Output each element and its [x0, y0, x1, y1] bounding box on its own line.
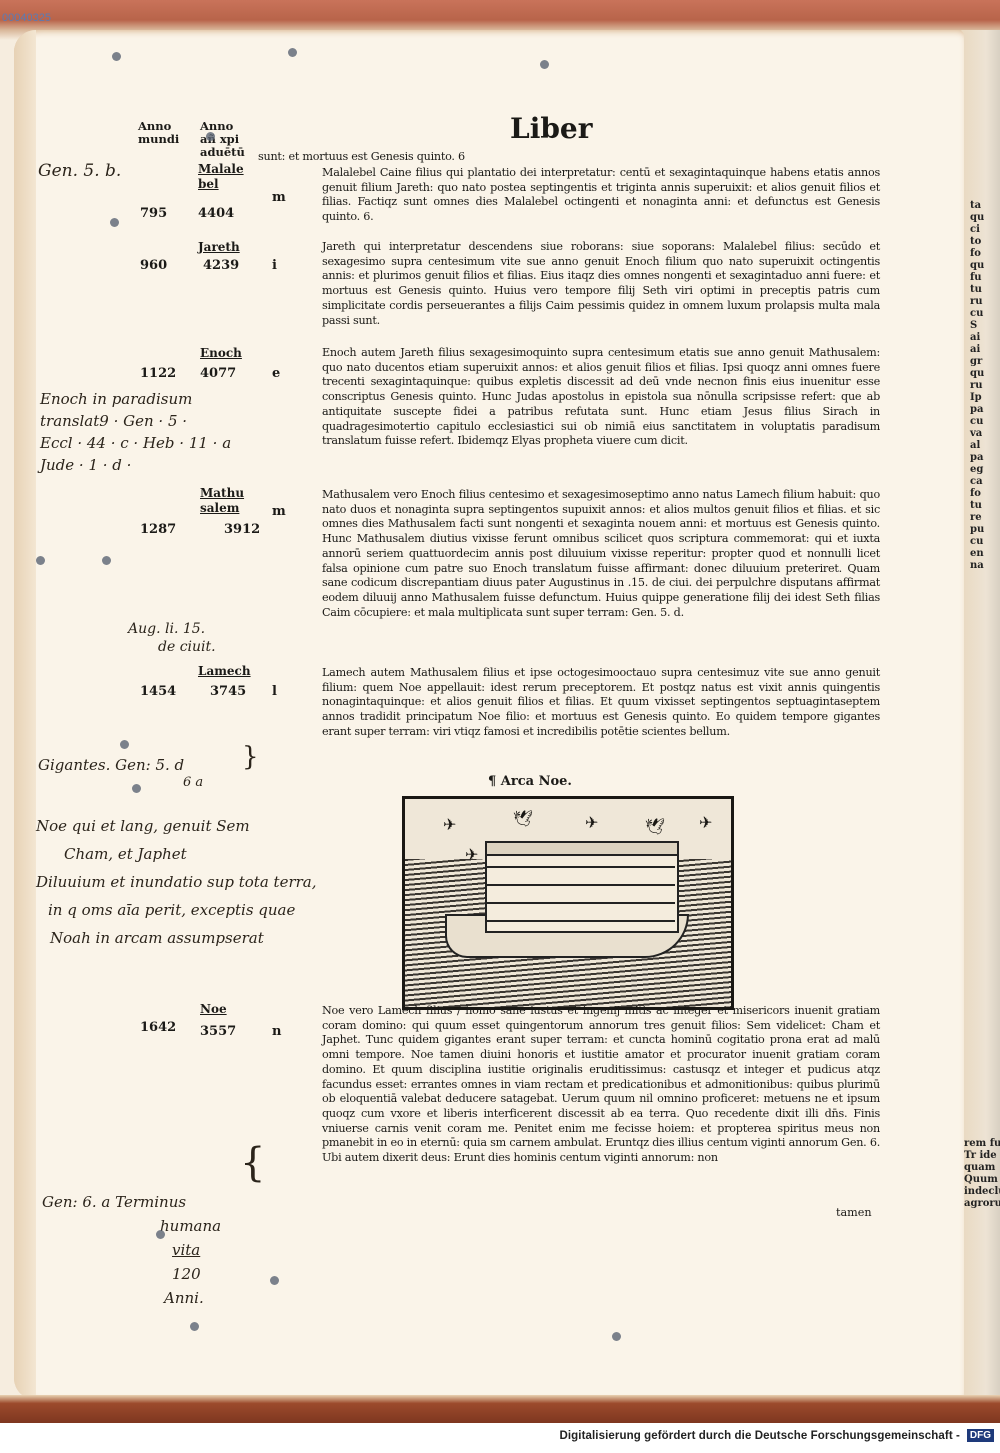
generation-name: Malale	[198, 162, 244, 176]
note-line: Gigantes. Gen: 5. d	[38, 754, 203, 776]
marginal-note-augustine: Aug. li. 15. de ciuit.	[128, 620, 216, 656]
ink-spot	[132, 784, 141, 793]
fragment-line: pa	[970, 452, 984, 464]
fragment-line: ca	[970, 476, 984, 488]
fragment-line: indeclu	[964, 1186, 1000, 1198]
note-line: in q oms aīa perit, exceptis quae	[36, 896, 317, 924]
generation-name: bel	[198, 177, 219, 191]
ink-spot	[270, 1276, 279, 1285]
fragment-line: na	[970, 560, 984, 572]
fragment-line: qu	[970, 260, 984, 272]
marginal-note-terminus: Gen: 6. a Terminus humana vita 120 Anni.	[42, 1190, 221, 1310]
fragment-line: pu	[970, 524, 984, 536]
bird-icon: ✈	[443, 815, 456, 834]
fragment-line: cu	[970, 416, 984, 428]
dfg-logo: DFG	[967, 1429, 994, 1442]
note-line: 6 a	[38, 776, 203, 790]
fragment-line: fo	[970, 488, 984, 500]
ink-spot	[36, 556, 45, 565]
generation-name: Mathu	[200, 486, 244, 500]
fragment-line: ta	[970, 200, 984, 212]
anno-christi-value: 3557	[200, 1024, 236, 1039]
generation-letter: m	[272, 504, 286, 519]
anno-mundi-value: 1122	[140, 366, 176, 381]
fragment-line: tu	[970, 284, 984, 296]
fragment-line: Tr ide	[964, 1150, 1000, 1162]
fragment-line: eg	[970, 464, 984, 476]
fragment-line: pa	[970, 404, 984, 416]
ink-spot	[190, 1322, 199, 1331]
text-mathusalem: Mathusalem vero Enoch filius centesimo e…	[322, 488, 880, 620]
text-lamech: Lamech autem Mathusalem filius et ipse o…	[322, 666, 880, 740]
generation-name: Lamech	[198, 664, 251, 678]
marginal-note-gigantes: Gigantes. Gen: 5. d 6 a	[38, 754, 203, 790]
bird-icon: ✈	[465, 845, 478, 864]
ink-spot	[540, 60, 549, 69]
text-enoch: Enoch autem Jareth filius sexagesimoquin…	[322, 346, 880, 449]
note-line: Jude · 1 · d ·	[40, 454, 231, 476]
right-page-fragment-upper: taqucitofoqufuturucuSaiaigrquruIppacuvaa…	[970, 200, 984, 572]
bird-icon: ✈	[699, 813, 712, 832]
note-line: Diluuium et inundatio sup tota terra,	[36, 868, 317, 896]
fragment-line: agroru	[964, 1198, 1000, 1210]
fragment-line: quam	[964, 1162, 1000, 1174]
column-header-anno-mundi: Anno mundi	[138, 120, 188, 146]
ink-spot	[288, 48, 297, 57]
note-line: Enoch in paradisum	[40, 388, 231, 410]
generation-letter: e	[272, 366, 280, 381]
leaf-edge	[14, 30, 36, 1400]
catchword: tamen	[836, 1206, 872, 1219]
note-line: 120	[42, 1262, 221, 1286]
note-line: Eccl · 44 · c · Heb · 11 · a	[40, 432, 231, 454]
fragment-line: fu	[970, 272, 984, 284]
right-page-fragment-lower: rem fuTr idequamQuumindecluagroru	[964, 1138, 1000, 1210]
anno-christi-value: 3912	[224, 522, 260, 537]
anno-mundi-value: 960	[140, 258, 167, 273]
note-line: Gen: 6. a Terminus	[42, 1190, 221, 1214]
ink-spot	[206, 132, 215, 141]
fragment-line: ru	[970, 296, 984, 308]
anno-christi-value: 4404	[198, 206, 234, 221]
fragment-line: re	[970, 512, 984, 524]
generation-name: Enoch	[200, 346, 242, 360]
text-malalebel: Malalebel Caine filius qui plantatio dei…	[322, 166, 880, 225]
bird-icon: 🕊	[645, 817, 665, 836]
fragment-line: va	[970, 428, 984, 440]
ink-spot	[612, 1332, 621, 1341]
anno-christi-value: 4077	[200, 366, 236, 381]
anno-mundi-value: 1454	[140, 684, 176, 699]
fragment-line: qu	[970, 212, 984, 224]
ink-spot	[156, 1230, 165, 1239]
woodcut-caption: ¶ Arca Noe.	[488, 774, 572, 789]
note-line: Aug. li. 15.	[128, 620, 216, 638]
bird-icon: 🕊	[513, 809, 533, 828]
brace-mark: {	[240, 1140, 265, 1186]
fragment-line: cu	[970, 536, 984, 548]
footer-credit: Digitalisierung gefördert durch die Deut…	[559, 1430, 960, 1442]
running-head: Liber	[510, 112, 592, 145]
anno-christi-value: 3745	[210, 684, 246, 699]
fragment-line: S	[970, 320, 984, 332]
fragment-line: rem fu	[964, 1138, 1000, 1150]
fragment-line: Ip	[970, 392, 984, 404]
note-line: Noah in arcam assumpserat	[36, 924, 317, 952]
ink-spot	[110, 218, 119, 227]
generation-letter: i	[272, 258, 277, 273]
bird-icon: ✈	[585, 813, 598, 832]
fragment-line: fo	[970, 248, 984, 260]
fragment-line: cu	[970, 308, 984, 320]
marginal-note-gen-5b: Gen. 5. b.	[38, 160, 121, 182]
ink-spot	[102, 556, 111, 565]
generation-name: Jareth	[198, 240, 240, 254]
note-line: Anni.	[42, 1286, 221, 1310]
note-line: vita	[42, 1238, 221, 1262]
brace-mark: }	[242, 742, 259, 772]
note-line: Cham, et Japhet	[36, 840, 317, 868]
anno-mundi-value: 795	[140, 206, 167, 221]
text-intro: sunt: et mortuus est Genesis quinto. 6	[258, 150, 816, 165]
ark-house	[485, 854, 679, 933]
fragment-line: en	[970, 548, 984, 560]
note-line: de ciuit.	[128, 638, 216, 656]
note-line: humana	[42, 1214, 221, 1238]
fragment-line: qu	[970, 368, 984, 380]
generation-letter: n	[272, 1024, 281, 1039]
fragment-line: al	[970, 440, 984, 452]
ink-spot	[120, 740, 129, 749]
scan-id-tag: 00040325	[2, 12, 51, 24]
fragment-line: Quum	[964, 1174, 1000, 1186]
woodcut-noahs-ark: ✈ 🕊 ✈ 🕊 ✈ ✈	[402, 796, 734, 1010]
fragment-line: gr	[970, 356, 984, 368]
anno-mundi-value: 1642	[140, 1020, 176, 1035]
note-line: Noe qui et lang, genuit Sem	[36, 812, 317, 840]
page-bottom-edge	[0, 1395, 1000, 1423]
marginal-note-noe: Noe qui et lang, genuit Sem Cham, et Jap…	[36, 812, 317, 952]
generation-name: salem	[200, 501, 239, 515]
fragment-line: ci	[970, 224, 984, 236]
anno-christi-value: 4239	[203, 258, 239, 273]
fragment-line: ai	[970, 344, 984, 356]
footer-bar: Digitalisierung gefördert durch die Deut…	[0, 1423, 1000, 1453]
note-line: translat9 · Gen · 5 ·	[40, 410, 231, 432]
fragment-line: tu	[970, 500, 984, 512]
generation-letter: m	[272, 190, 286, 205]
marginal-note-enoch: Enoch in paradisum translat9 · Gen · 5 ·…	[40, 388, 231, 476]
fragment-line: ai	[970, 332, 984, 344]
text-jareth: Jareth qui interpretatur descendens siue…	[322, 240, 880, 328]
anno-mundi-value: 1287	[140, 522, 176, 537]
ink-spot	[112, 52, 121, 61]
text-noe: Noe vero Lamech filius / homo sane iustu…	[322, 1004, 880, 1166]
generation-letter: l	[272, 684, 277, 699]
generation-name: Noe	[200, 1002, 227, 1016]
fragment-line: ru	[970, 380, 984, 392]
fragment-line: to	[970, 236, 984, 248]
